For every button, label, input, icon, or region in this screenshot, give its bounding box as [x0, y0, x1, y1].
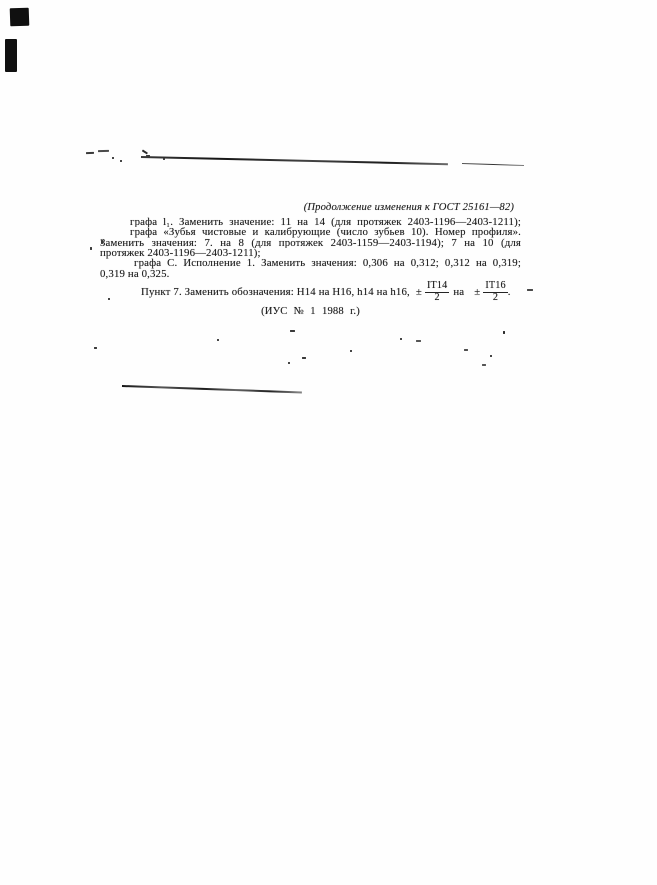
fraction-denominator: 2 — [425, 293, 449, 304]
scanned-document-page: (Продолжение изменения к ГОСТ 25161—82) … — [0, 0, 657, 885]
amendment-line: графа «Зубья чистовые и калибрующие (чис… — [130, 227, 521, 237]
scan-speck — [120, 160, 122, 162]
tolerance-fraction-it16: IT16 2 — [483, 281, 507, 303]
fraction-denominator: 2 — [483, 293, 507, 304]
continuation-note: (Продолжение изменения к ГОСТ 25161—82) — [100, 202, 514, 213]
amendment-text-block: графа l₁. Заменить значение: 11 на 14 (д… — [100, 217, 521, 279]
scan-speck — [288, 362, 290, 364]
fraction-numerator: IT16 — [483, 281, 507, 293]
scan-speck — [503, 331, 505, 334]
scan-speck — [290, 330, 295, 332]
scan-speck — [350, 350, 352, 352]
corner-ink-mark — [5, 39, 17, 72]
plus-minus-sign: ± — [416, 286, 422, 298]
scan-speck — [112, 157, 114, 159]
scan-speck — [490, 355, 492, 357]
scan-speck — [482, 364, 486, 366]
scan-speck — [94, 347, 97, 349]
scan-speck — [90, 247, 92, 250]
scan-artifact-line — [462, 163, 524, 166]
scan-speck — [163, 158, 165, 160]
fraction-numerator: IT14 — [425, 281, 449, 293]
scan-speck — [302, 357, 306, 359]
amendment-line: графа С. Исполнение 1. Заменить значения… — [134, 258, 521, 268]
scan-speck — [146, 155, 150, 157]
ius-note: (ИУС № 1 1988 г.) — [100, 306, 521, 317]
point7-text: Пункт 7. Заменить обозначения: H14 на H1… — [141, 286, 410, 298]
amendment-line: 0,319 на 0,325. — [100, 269, 521, 279]
scan-speck — [142, 150, 148, 154]
corner-ink-mark — [10, 8, 30, 27]
scan-artifact-line — [141, 156, 448, 165]
scan-speck — [416, 340, 421, 342]
scan-speck — [98, 150, 109, 152]
point7-line: Пункт 7. Заменить обозначения: H14 на H1… — [141, 281, 511, 303]
point7-period: . — [508, 286, 511, 298]
plus-minus-sign: ± — [474, 286, 480, 298]
scan-speck — [400, 338, 402, 340]
point7-connector: на — [453, 286, 464, 298]
separator-rule — [122, 385, 302, 393]
tolerance-fraction-it14: IT14 2 — [425, 281, 449, 303]
amendment-line: протяжек 2403-1196—2403-1211); — [100, 248, 521, 258]
scan-speck — [101, 240, 103, 244]
scan-speck — [464, 349, 468, 351]
scan-speck — [108, 298, 110, 300]
scan-speck — [86, 152, 94, 154]
scan-speck — [217, 339, 219, 341]
amendment-line: графа l₁. Заменить значение: 11 на 14 (д… — [130, 217, 521, 227]
scan-speck — [527, 289, 533, 291]
